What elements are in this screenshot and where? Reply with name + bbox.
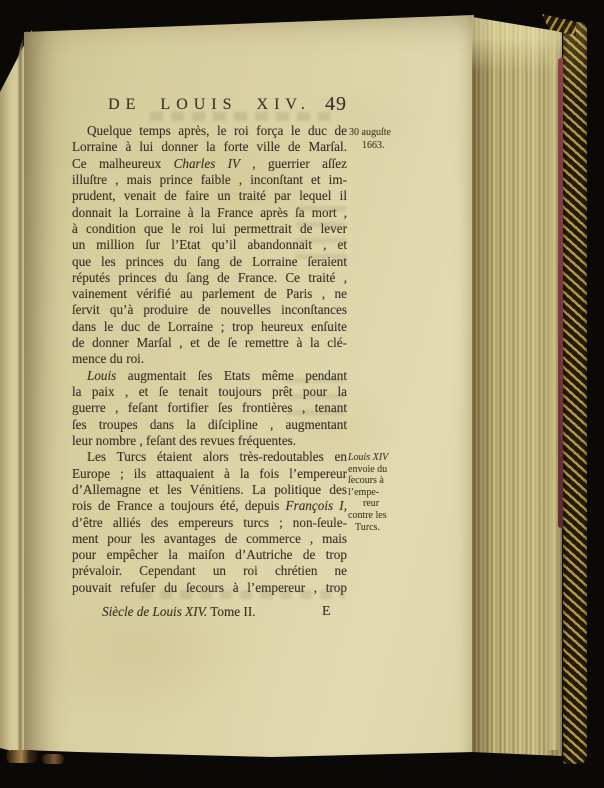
headband: [6, 750, 38, 763]
running-head: DE LOUIS XIV. 49: [72, 96, 347, 122]
text-segment: augmentait ſes Etats même pendant: [116, 368, 347, 383]
text-segment: ſes troupes dans la diſcipline , augment…: [72, 417, 347, 432]
text-segment: Les Turcs étaient alors très-redoutables…: [87, 449, 347, 464]
page-number: 49: [325, 93, 347, 116]
text-line: réputés princes du ſang de France. Ce tr…: [72, 270, 347, 286]
italic-text: Louis: [87, 368, 116, 383]
text-segment: donnait la Lorraine à la France après ſa…: [72, 205, 347, 220]
text-line: ment pour les avantages de commerce , ma…: [72, 531, 347, 547]
text-segment: dans le duc de Lorraine ; trop heureux e…: [72, 319, 347, 334]
text-segment: rois de France a toujours été, depuis: [72, 498, 286, 513]
paragraph: Les Turcs étaient alors très-redoutables…: [72, 449, 347, 596]
text-segment: reur: [363, 498, 379, 509]
text-line: la paix , et ſe tenait toujours prêt pou…: [72, 384, 347, 400]
text-segment: prudent, venait de faire un traité par l…: [72, 188, 347, 203]
gutter-fold: [17, 0, 24, 788]
text-segment: , guerrier aſſez: [240, 156, 347, 171]
text-line: dans le duc de Lorraine ; trop heureux e…: [72, 319, 347, 335]
text-line: guerre , feſant fortifier ſes frontières…: [72, 400, 347, 416]
text-segment: ,: [344, 498, 347, 513]
italic-text: François I: [286, 498, 344, 513]
text-segment: envoie du: [348, 464, 387, 475]
text-line: Lorraine à lui donner la forte ville de …: [72, 139, 347, 155]
text-segment: un million ſur l’Etat qu’il abandonnait …: [72, 237, 347, 252]
text-line: prévaloir. Cependant un roi chrétien ne: [72, 563, 347, 579]
margin-note-line: l’empe-: [348, 487, 406, 499]
margin-note-line: Louis XIV: [348, 452, 406, 464]
text-segment: à condition que le roi lui permettrait d…: [72, 221, 347, 236]
text-line: leur nombre , feſant des revues fréquent…: [72, 433, 347, 449]
text-segment: leur nombre , feſant des revues fréquent…: [72, 433, 296, 448]
text-line: rois de France a toujours été, depuis Fr…: [72, 498, 347, 514]
margin-note-line: envoie du: [348, 464, 406, 476]
margin-note-line: 30 auguſte: [349, 126, 411, 139]
cover-gilt-edge: [563, 22, 587, 764]
text-line: donnait la Lorraine à la France après ſa…: [72, 205, 347, 221]
volume-number: Tome II.: [207, 604, 255, 619]
margin-note-line: reur: [363, 498, 406, 510]
gathering-signature: E: [322, 604, 331, 620]
margin-note-date: 30 auguſte1663.: [349, 126, 411, 152]
text-segment: 30 auguſte: [349, 127, 391, 138]
text-segment: guerre , feſant fortifier ſes frontières…: [72, 400, 347, 415]
text-segment: pouvait refuſer du ſecours à l’empereur …: [72, 580, 347, 595]
text-segment: 1663.: [362, 140, 385, 151]
text-line: de donner Marſal , et de ſe remettre à l…: [72, 335, 347, 351]
text-line: un million ſur l’Etat qu’il abandonnait …: [72, 237, 347, 253]
margin-note-line: contre les: [348, 510, 406, 522]
text-segment: d’être alliés des empereurs turcs ; non-…: [72, 515, 347, 530]
text-segment: Quelque temps après, le roi força le duc…: [87, 123, 347, 138]
text-line: Europe ; ils attaquaient à la fois l’emp…: [72, 466, 347, 482]
margin-note-line: ſecours à: [348, 475, 406, 487]
text-line: d’être alliés des empereurs turcs ; non-…: [72, 515, 347, 531]
text-segment: que les princes du ſang de Lorraine ſera…: [72, 254, 347, 269]
book-scan: DE LOUIS XIV. 49 30 auguſte1663. Louis X…: [0, 0, 604, 788]
text-line: Louis augmentait ſes Etats même pendant: [72, 368, 347, 384]
text-segment: ment pour les avantages de commerce , ma…: [72, 531, 347, 546]
body-text: Quelque temps après, le roi força le duc…: [72, 123, 347, 596]
margin-note-line: 1663.: [362, 139, 411, 152]
text-line: à condition que le roi lui permettrait d…: [72, 221, 347, 237]
text-segment: pour empêcher la maiſon d’Autriche de tr…: [72, 547, 347, 562]
text-line: illuſtre , mais prince faible , inconſta…: [72, 172, 347, 188]
text-line: Ce malheureux Charles IV , guerrier aſſe…: [72, 156, 347, 172]
text-line: ſervit qu’à produire de nouvelles inconſ…: [72, 302, 347, 318]
text-segment: de donner Marſal , et de ſe remettre à l…: [72, 335, 347, 350]
text-segment: illuſtre , mais prince faible , inconſta…: [72, 172, 347, 187]
text-segment: Europe ; ils attaquaient à la fois l’emp…: [72, 466, 347, 481]
text-line: prudent, venait de faire un traité par l…: [72, 188, 347, 204]
text-segment: Lorraine à lui donner la forte ville de …: [72, 139, 347, 154]
italic-text: Charles IV: [174, 156, 241, 171]
text-segment: Ce malheureux: [72, 156, 174, 171]
text-segment: ſervit qu’à produire de nouvelles inconſ…: [72, 302, 347, 317]
text-segment: ſecours à: [348, 475, 384, 486]
text-line: pouvait refuſer du ſecours à l’empereur …: [72, 580, 347, 596]
chapter-running-title: DE LOUIS XIV.: [72, 96, 347, 114]
margin-note-topic: Louis XIVenvoie duſecours àl’empe-reurco…: [348, 452, 406, 533]
text-segment: l’empe-: [348, 487, 379, 498]
text-line: vainement vérifié au parlement de Paris …: [72, 286, 347, 302]
paragraph: Louis augmentait ſes Etats même pendantl…: [72, 368, 347, 450]
text-segment: vainement vérifié au parlement de Paris …: [72, 286, 347, 301]
margin-note-line: Turcs.: [355, 522, 406, 534]
text-segment: réputés princes du ſang de France. Ce tr…: [72, 270, 347, 285]
volume-title: Siècle de Louis XIV.: [102, 604, 207, 619]
text-segment: contre les: [348, 510, 387, 521]
text-line: d’Allemagne et les Vénitiens. La politiq…: [72, 482, 347, 498]
paragraph: Quelque temps après, le roi força le duc…: [72, 123, 347, 368]
text-line: mence du roi.: [72, 351, 347, 367]
text-line: ſes troupes dans la diſcipline , augment…: [72, 417, 347, 433]
text-segment: Turcs.: [355, 522, 380, 533]
text-segment: d’Allemagne et les Vénitiens. La politiq…: [72, 482, 347, 497]
headband: [42, 754, 64, 764]
text-line: que les princes du ſang de Lorraine ſera…: [72, 254, 347, 270]
text-line: pour empêcher la maiſon d’Autriche de tr…: [72, 547, 347, 563]
text-segment: la paix , et ſe tenait toujours prêt pou…: [72, 384, 347, 399]
footer-line: Siècle de Louis XIV. Tome II. E: [72, 604, 347, 624]
text-segment: mence du roi.: [72, 351, 144, 366]
text-segment: prévaloir. Cependant un roi chrétien ne: [72, 563, 347, 578]
text-line: Quelque temps après, le roi força le duc…: [72, 123, 347, 139]
text-line: Les Turcs étaient alors très-redoutables…: [72, 449, 347, 465]
italic-text: Louis XIV: [348, 452, 388, 463]
